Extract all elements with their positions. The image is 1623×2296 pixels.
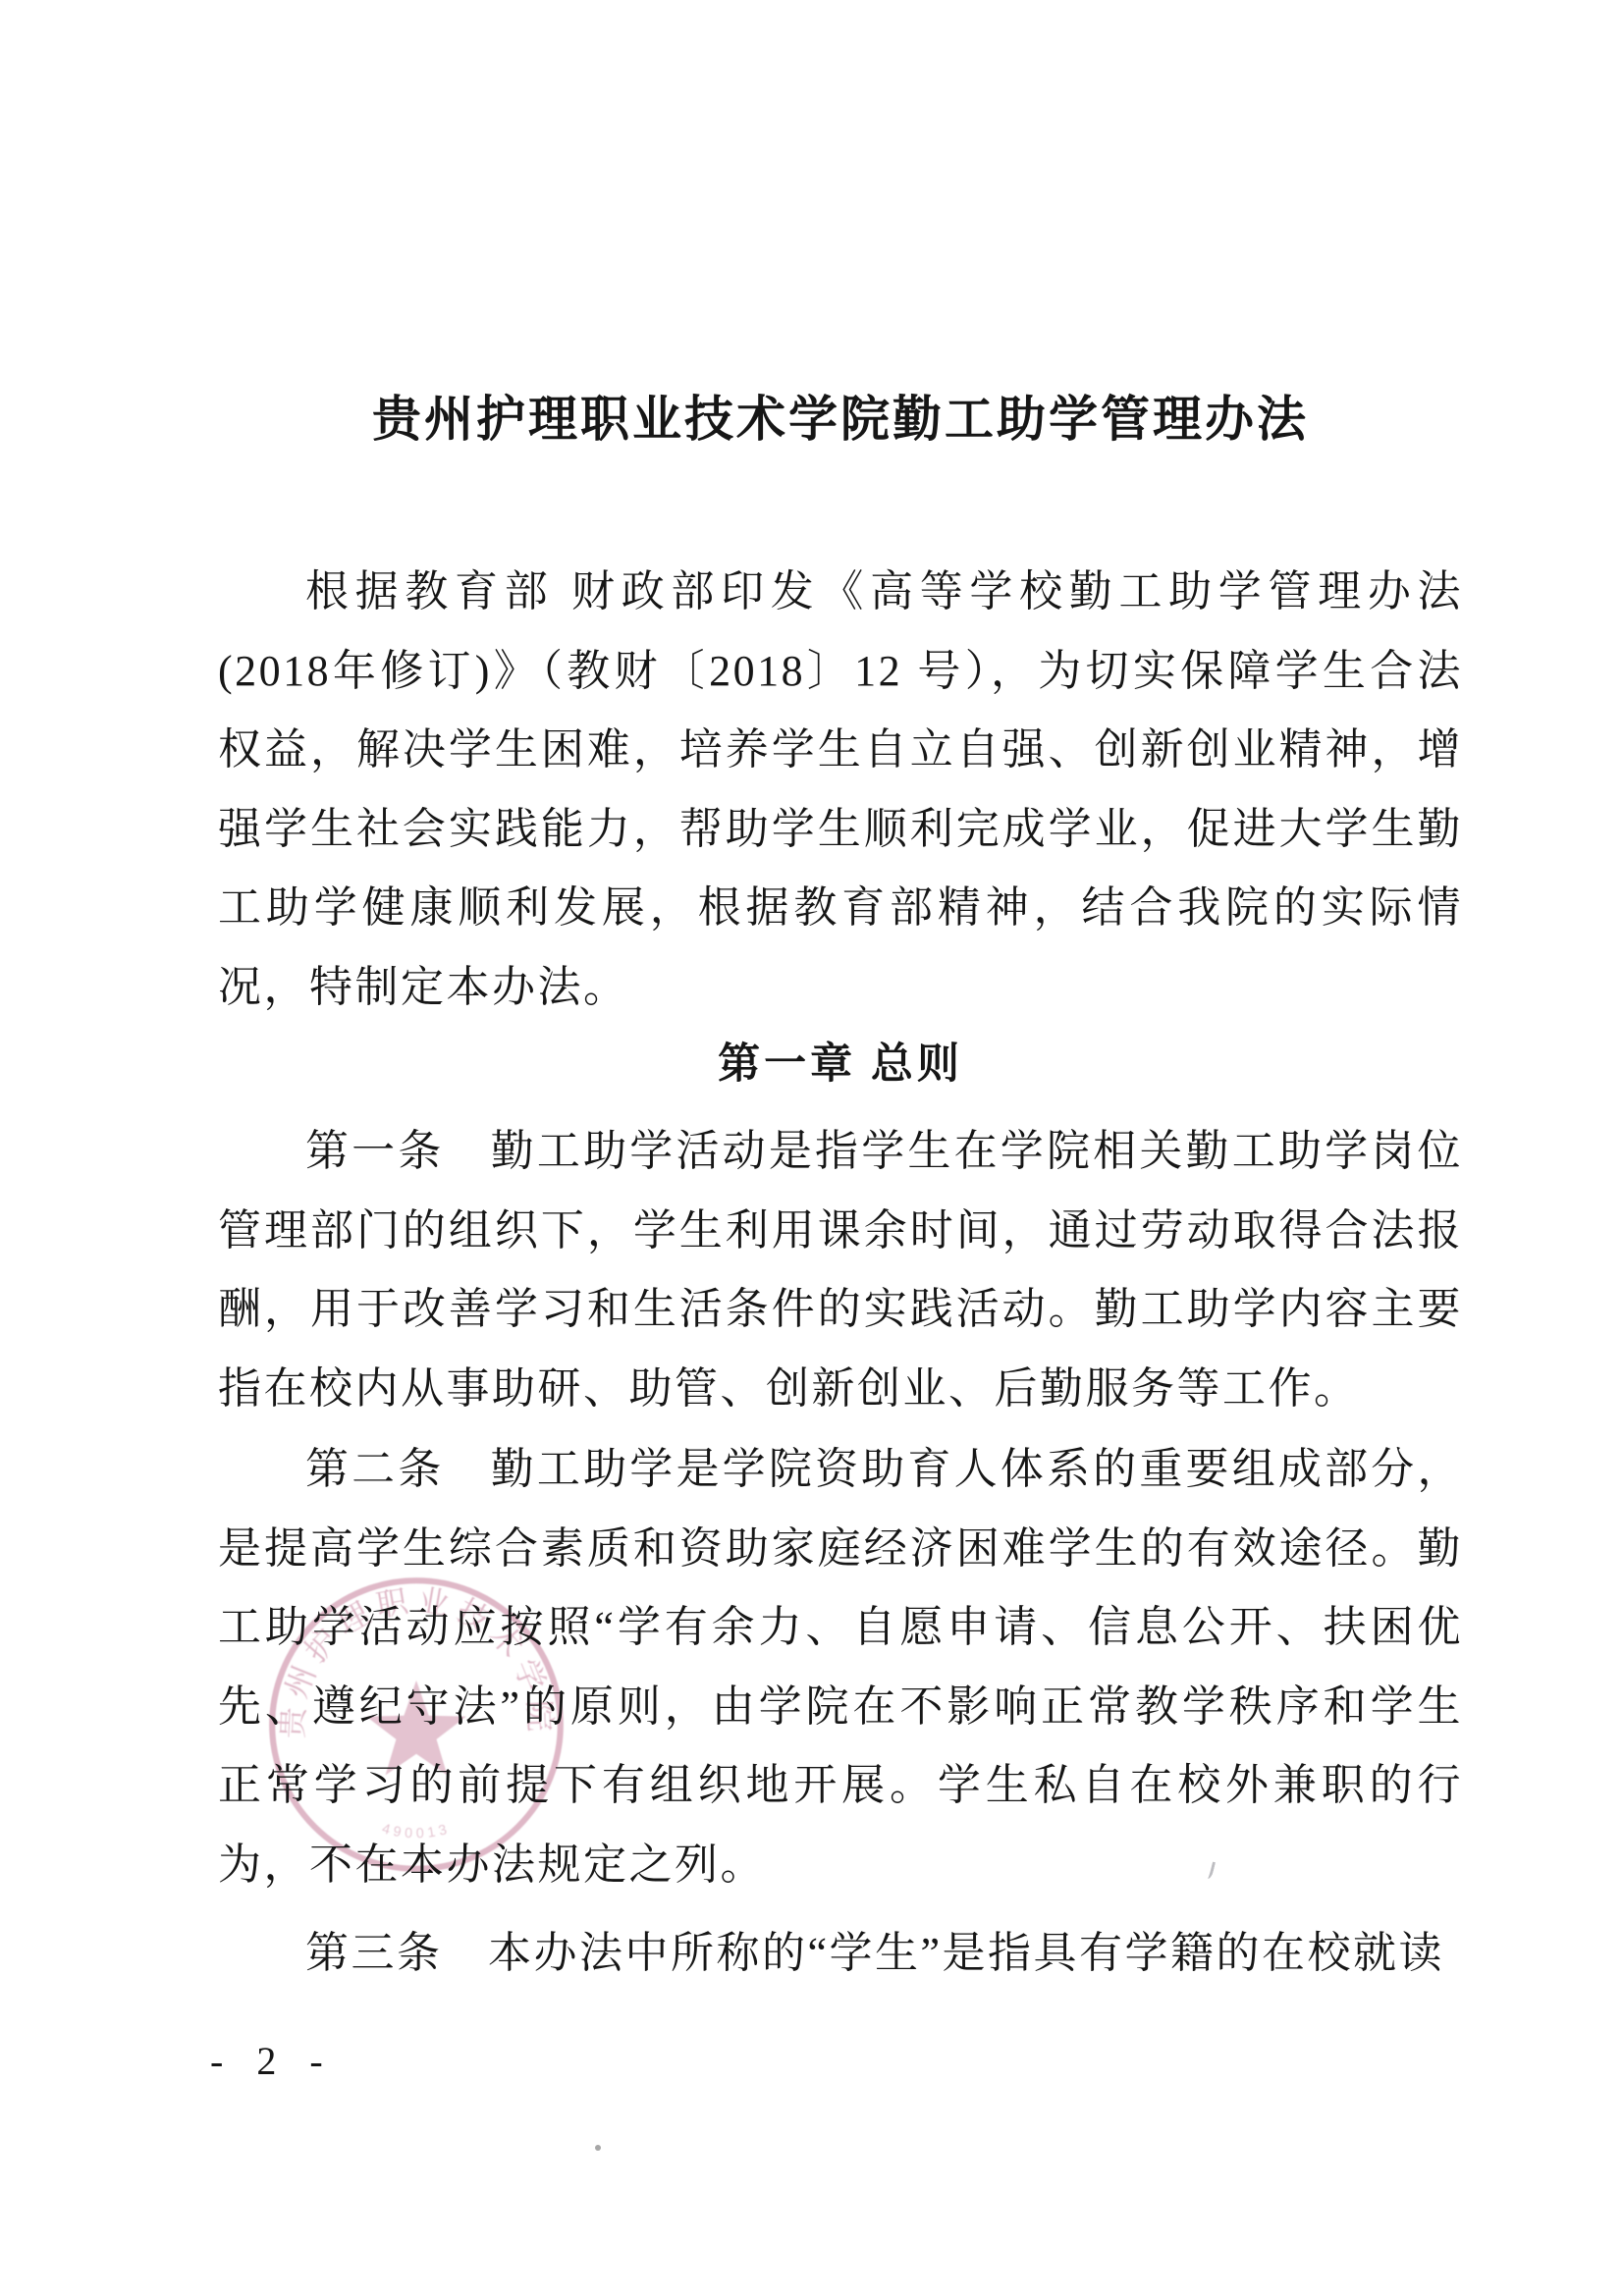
article-2-paragraph: 第二条 勤工助学是学院资助育人体系的重要组成部分，是提高学生综合素质和资助家庭经… [218,1430,1463,1904]
scan-speck-dot [595,2145,601,2151]
intro-paragraph: 根据教育部 财政部印发《高等学校勤工助学管理办法(2018年修订)》（教财〔20… [218,553,1463,1027]
article-3-paragraph: 第三条 本办法中所称的“学生”是指具有学籍的在校就读 [218,1914,1463,1994]
document-title: 贵州护理职业技术学院勤工助学管理办法 [218,385,1463,454]
chapter-1-heading: 第一章 总则 [218,1035,1463,1095]
article-1-paragraph: 第一条 勤工助学活动是指学生在学院相关勤工助学岗位管理部门的组织下，学生利用课余… [218,1112,1463,1428]
page-number: - 2 - [210,2038,335,2084]
document-page: 贵州护理职业技术学院 490013 贵州护理职业技术学院勤工助学管理办法 根据教… [0,0,1623,2296]
